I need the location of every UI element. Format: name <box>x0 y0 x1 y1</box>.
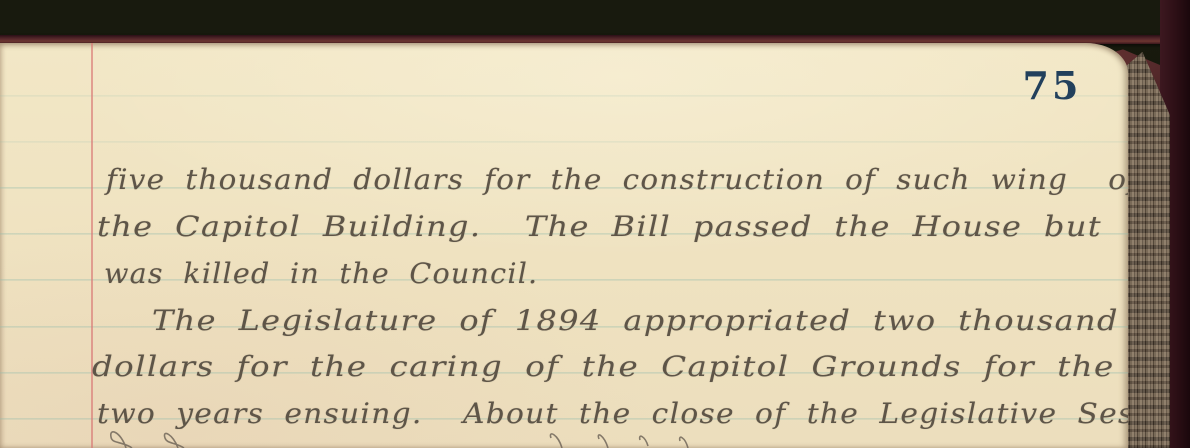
handwriting-line: was killed in the Council. <box>104 257 538 290</box>
next-line-ascender-strokes <box>92 426 792 448</box>
ruled-line <box>0 141 1128 143</box>
red-margin-rule <box>91 43 93 448</box>
stacked-page-edges <box>1124 52 1170 448</box>
handwriting-line: five thousand dollars for the constructi… <box>106 163 1128 196</box>
handwriting-line: The Legislature of 1894 appropriated two… <box>152 304 1119 337</box>
scanned-manuscript-photo: 75 five thousand dollars for the constru… <box>0 0 1190 448</box>
manuscript-page: 75 five thousand dollars for the constru… <box>0 43 1128 448</box>
ruled-line <box>0 95 1128 97</box>
handwriting-line: the Capitol Building. The Bill passed th… <box>97 210 1102 243</box>
handwriting-line: dollars for the caring of the Capitol Gr… <box>92 350 1115 383</box>
page-number: 75 <box>1012 63 1092 108</box>
